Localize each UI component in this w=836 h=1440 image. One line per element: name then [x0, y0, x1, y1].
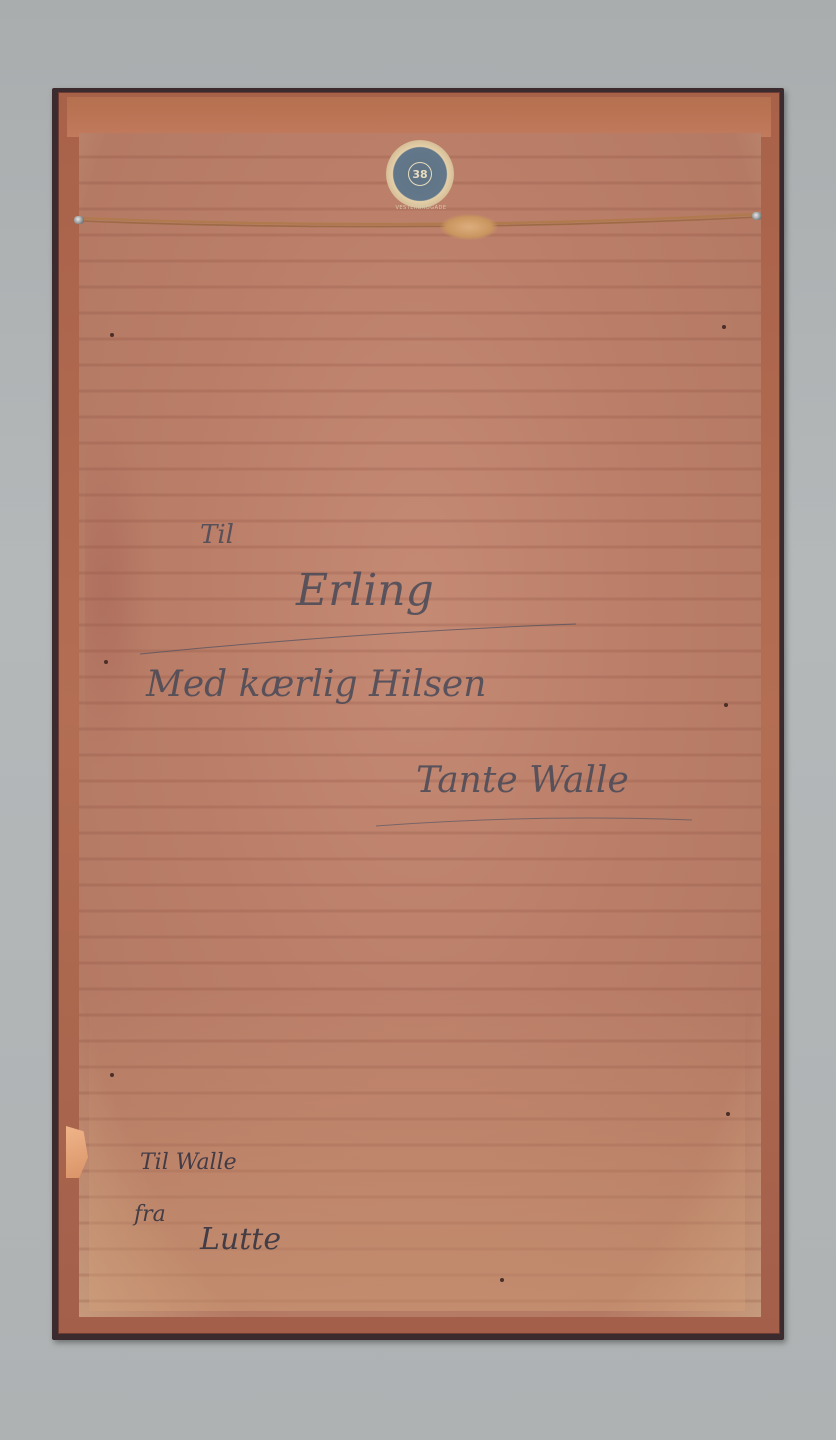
frame-rabbet-top	[67, 97, 771, 137]
corner-inscription-fra: fra	[134, 1202, 166, 1227]
inscription-til: Til	[200, 520, 234, 550]
inscription-signature: Tante Walle	[416, 760, 629, 801]
water-stain	[85, 413, 155, 773]
screw-eye-left-icon	[74, 216, 84, 224]
nail-hole	[500, 1278, 504, 1282]
framer-label-number: 38	[408, 162, 432, 186]
inscription-greeting: Med kærlig Hilsen	[146, 664, 486, 705]
nail-hole	[726, 1112, 730, 1116]
nail-hole	[722, 325, 726, 329]
nail-hole	[110, 333, 114, 337]
nail-hole	[104, 660, 108, 664]
corner-inscription-til: Til Walle	[140, 1150, 237, 1175]
wire-knot	[440, 214, 498, 240]
frame-molding	[58, 92, 780, 1334]
screw-eye-right-icon	[752, 212, 762, 220]
nail-hole	[110, 1073, 114, 1077]
corner-inscription-signature: Lutte	[200, 1222, 281, 1257]
inscription-underline	[140, 620, 580, 656]
nail-hole	[724, 703, 728, 707]
signature-underline	[376, 812, 696, 828]
hanging-wire	[80, 210, 760, 230]
inscription-recipient: Erling	[296, 565, 434, 616]
framer-label-seal: 38	[386, 140, 454, 208]
cardboard-backing	[79, 133, 761, 1317]
